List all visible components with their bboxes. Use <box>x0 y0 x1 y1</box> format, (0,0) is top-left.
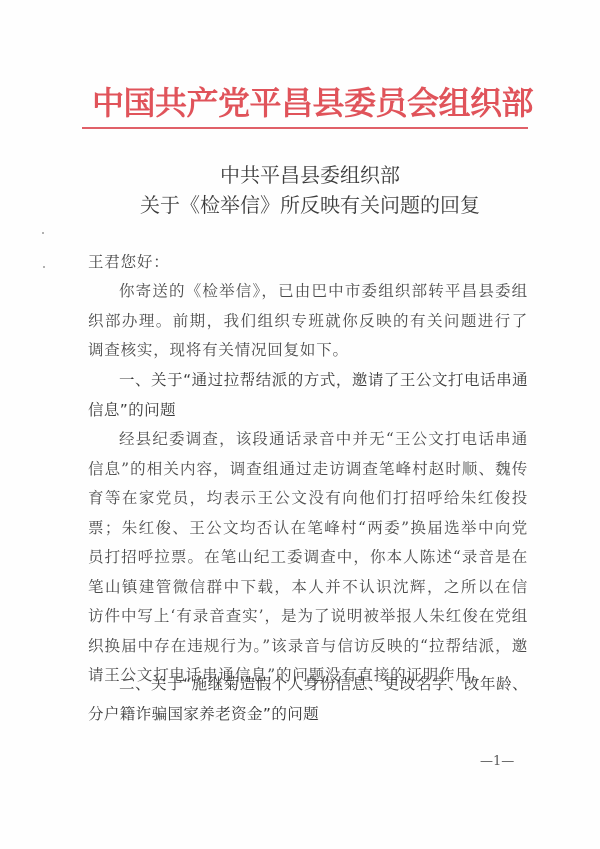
section-heading-2: 二、关于“施继菊造假个人身份信息、更改名字、改年龄、分户籍诈骗国家养老资金”的问… <box>88 670 528 729</box>
salutation: 王君您好： <box>88 248 528 278</box>
scan-speck <box>42 232 44 234</box>
scan-speck <box>43 266 45 268</box>
document-page: 中国共产党平昌县委员会组织部 中共平昌县委组织部 关于《检举信》所反映有关问题的… <box>0 0 600 849</box>
page-number: —1— <box>480 754 514 769</box>
document-title-line2: 关于《检举信》所反映有关问题的回复 <box>80 189 540 218</box>
document-title-line1: 中共平昌县委组织部 <box>80 159 540 188</box>
letterhead-title: 中国共产党平昌县委员会组织部 <box>92 84 508 122</box>
letterhead-red-rule <box>82 127 528 129</box>
paragraph-section-1: 经县纪委调查，该段通话录音中并无“王公文打电话串通信息”的相关内容，调查组通过走… <box>88 425 528 691</box>
section-heading-1: 一、关于“通过拉帮结派的方式，邀请了王公文打电话串通信息”的问题 <box>88 366 528 425</box>
paragraph-intro: 你寄送的《检举信》，已由巴中市委组织部转平昌县委组织部办理。前期，我们组织专班就… <box>88 277 528 366</box>
